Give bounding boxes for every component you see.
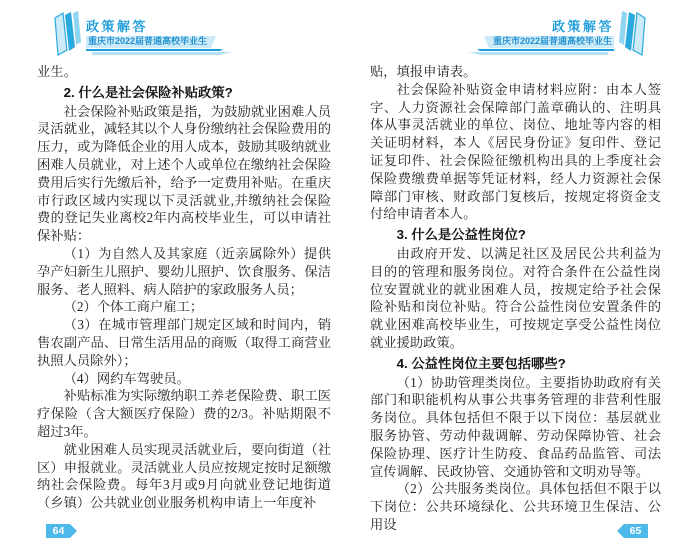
- brand-logo-icon: [54, 11, 81, 56]
- header-subtitle: 重庆市2022届普通高校毕业生: [86, 36, 216, 48]
- body-paragraph: （1）为自然人及其家庭（近亲属除外）提供孕产妇新生儿照护、婴幼儿照护、饮食服务、…: [37, 245, 331, 298]
- right-page-body: 贴，填报申请表。社会保险补贴资金申请材料应附：由本人签字、人力资源社会保障部门盖…: [370, 63, 661, 534]
- body-paragraph: 社会保险补贴政策是指，为鼓励就业困难人员灵活就业，减轻其以个人身份缴纳社会保险费…: [37, 103, 331, 245]
- header-banner: 重庆市2022届普通高校毕业生: [86, 36, 216, 48]
- body-paragraph: 补贴标准为实际缴纳职工养老保险费、职工医疗保险（含大额医疗保险）费的2/3。补贴…: [37, 387, 331, 440]
- header-text-block: 政策解答 重庆市2022届普通高校毕业生: [484, 19, 614, 48]
- banner-underline: [86, 49, 223, 51]
- banner-tail: [92, 52, 232, 55]
- body-paragraph: 社会保险补贴资金申请材料应附：由本人签字、人力资源社会保障部门盖章确认的、注明具…: [370, 81, 661, 223]
- body-paragraph: 就业困难人员实现灵活就业后，要向街道（社区）申报就业。灵活就业人员应按规定按时足…: [37, 441, 331, 512]
- body-paragraph: （4）网约车驾驶员。: [37, 370, 331, 388]
- page-number-left: 64: [46, 524, 77, 538]
- question-heading: 3. 什么是公益性岗位?: [370, 226, 661, 244]
- header-banner: 重庆市2022届普通高校毕业生: [484, 36, 614, 48]
- book-spread: 政策解答 重庆市2022届普通高校毕业生 业生。2. 什么是社会保险补贴政策?社…: [0, 0, 695, 559]
- body-paragraph: 由政府开发、以满足社区及居民公共利益为目的的管理和服务岗位。对符合条件在公益性岗…: [370, 245, 661, 352]
- header-text-block: 政策解答 重庆市2022届普通高校毕业生: [86, 19, 216, 48]
- body-paragraph: （2）个体工商户雇工；: [37, 298, 331, 316]
- banner-underline: [477, 49, 614, 51]
- body-paragraph: （3）在城市管理部门规定区域和时间内，销售农副产品、日常生活用品的商贩（取得工商…: [37, 316, 331, 369]
- body-paragraph: 贴，填报申请表。: [370, 63, 661, 81]
- question-heading: 2. 什么是社会保险补贴政策?: [37, 84, 331, 102]
- body-paragraph: （2）公共服务类岗位。具体包括但不限于以下岗位：公共环境绿化、公共环境卫生保洁、…: [370, 480, 661, 533]
- body-paragraph: （1）协助管理类岗位。主要指协助政府有关部门和职能机构从事公共事务管理的非营利性…: [370, 374, 661, 481]
- left-page-header: 政策解答 重庆市2022届普通高校毕业生: [54, 11, 216, 56]
- question-heading: 4. 公益性岗位主要包括哪些?: [370, 355, 661, 373]
- header-title: 政策解答: [86, 19, 148, 34]
- left-page-body: 业生。2. 什么是社会保险补贴政策?社会保险补贴政策是指，为鼓励就业困难人员灵活…: [37, 63, 331, 512]
- header-title: 政策解答: [552, 19, 614, 34]
- banner-tail: [468, 52, 608, 55]
- brand-logo-icon: [619, 11, 646, 56]
- header-subtitle: 重庆市2022届普通高校毕业生: [484, 36, 614, 48]
- right-page-header: 政策解答 重庆市2022届普通高校毕业生: [484, 11, 646, 56]
- body-paragraph: 业生。: [37, 63, 331, 81]
